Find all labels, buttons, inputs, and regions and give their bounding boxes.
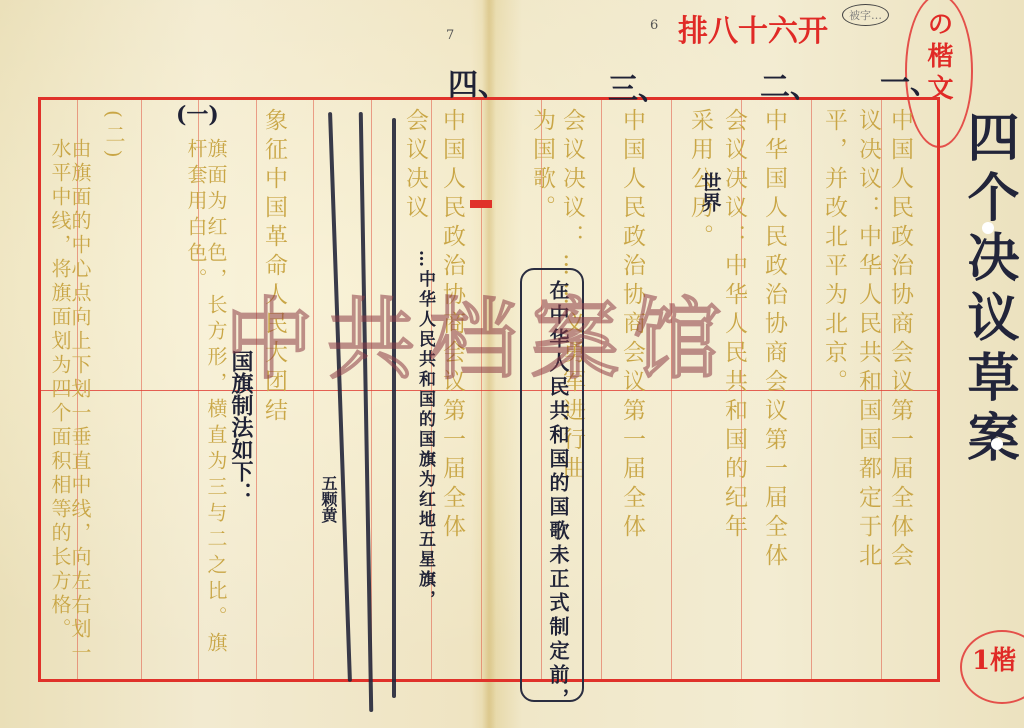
section-1-line-3: 平，并改北平为北京。 (822, 108, 845, 398)
revision-world: 世界 (700, 172, 720, 212)
section-number-3: 三、 (608, 64, 668, 108)
archive-watermark: 中共档案馆 (225, 270, 735, 396)
sub-item-2-label: (二) (104, 110, 124, 164)
section-3-line-3: 为国歌。 (530, 108, 553, 224)
sub-item-1-label: (一) (176, 104, 219, 126)
section-number-4: 四、 (448, 60, 508, 104)
pencil-oval-note: 被字… (842, 4, 889, 26)
sub-item-2-text: 由旗面的中心点向上下划一垂直中线，向左右划一水平中线，将旗面划为四个面积相等的长… (50, 138, 90, 668)
document-title: 四个决议草案 (962, 110, 1014, 470)
red-annotation-top: 排八十六开 (678, 6, 828, 50)
page-number-left: 7 (446, 28, 454, 43)
section-4-line-2: 会议决议 (403, 108, 426, 224)
pencil-note-text: 被字… (849, 9, 882, 22)
page-number-right: 6 (650, 18, 658, 33)
section-number-2: 二、 (760, 62, 820, 106)
section-1-line-1: 中国人民政治协商会议第一届全体会 (888, 108, 911, 572)
section-1-line-2: 议决议：中华人民共和国国都定于北 (856, 108, 879, 572)
punch-hole (982, 222, 994, 234)
section-number-1: 一、 (880, 58, 940, 102)
revision-five-yellow: 五颗黄 (320, 475, 336, 523)
section-2-line-1: 中华国人民政治协商会议第一届全体 (762, 108, 785, 572)
strike-through-line (392, 118, 396, 698)
red-stamp-text-bottom: 1楷 (972, 640, 1016, 677)
sub-item-1-text: 旗面为红色，长方形，横直为三与二之比。旗杆套用白色。 (186, 138, 226, 678)
grid-center-mark (470, 200, 492, 208)
punch-hole (991, 438, 1003, 450)
